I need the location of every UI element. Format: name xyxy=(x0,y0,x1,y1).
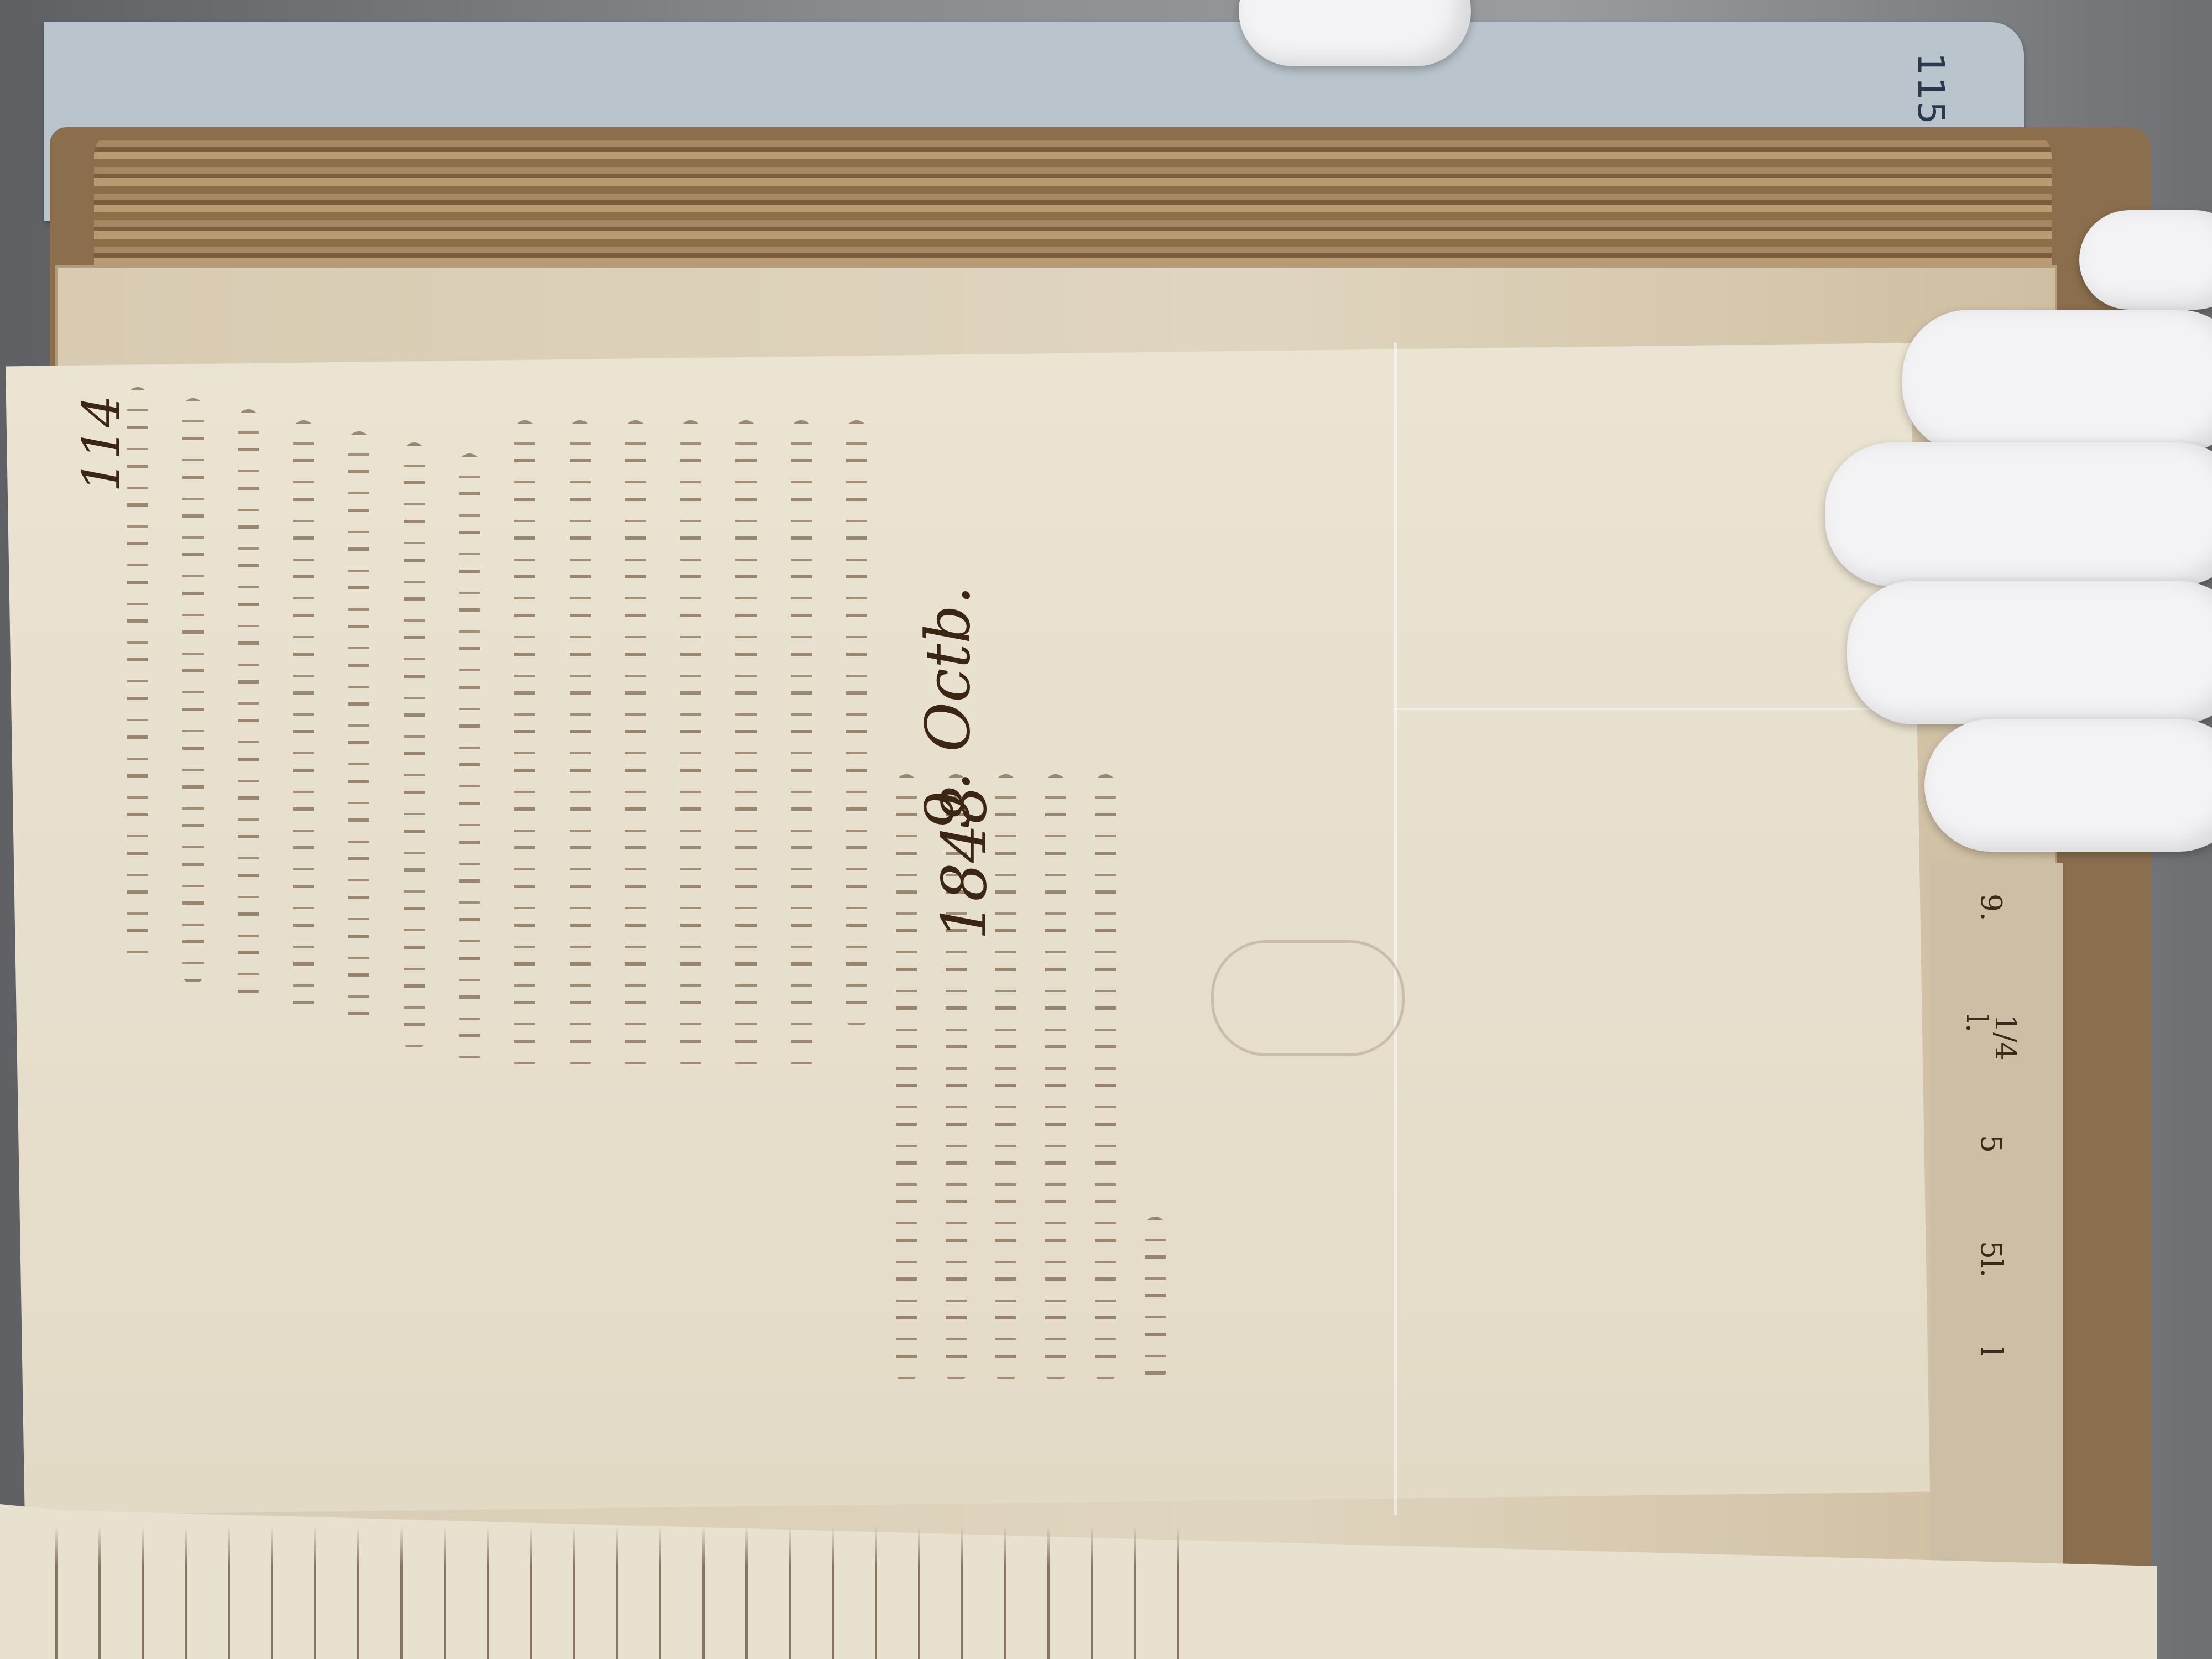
letter-year: 1848 xyxy=(929,785,1000,940)
handwriting-line xyxy=(514,420,535,1073)
glove-finger xyxy=(1825,442,2212,586)
handwriting-line xyxy=(1045,774,1066,1383)
fold-line-vertical xyxy=(1394,343,1397,1515)
margin-mark: 5l. xyxy=(1976,1241,2005,1307)
handwriting-line xyxy=(570,420,591,1073)
handwriting-line xyxy=(348,431,369,1034)
handwriting-line xyxy=(1095,774,1116,1383)
margin-marks: 9. 1/4 l. 5 5l. l xyxy=(1958,912,2024,1472)
handwriting-line xyxy=(1145,1217,1166,1383)
lower-page-handwriting xyxy=(33,1526,1194,1659)
page-number: 114 xyxy=(72,395,131,492)
handwriting-line xyxy=(182,398,204,984)
handwriting-line xyxy=(625,420,646,1073)
glove-finger xyxy=(2079,210,2212,310)
glove-finger xyxy=(1847,581,2212,724)
margin-mark: 9. xyxy=(1976,894,2005,960)
glove-finger xyxy=(1924,719,2212,852)
glove-top xyxy=(1239,0,1471,66)
faded-stamp xyxy=(1211,940,1405,1056)
fold-line-horizontal xyxy=(1394,708,1924,710)
handwriting-line xyxy=(896,774,917,1383)
handwriting-line xyxy=(680,420,701,1073)
photo-scene: 1158 9. 1/4 l. 5 5l. l 114 9. Octb. 1848 xyxy=(0,0,2212,1659)
margin-mark: 1/4 l. xyxy=(1962,1014,2020,1081)
glove-finger xyxy=(1902,310,2212,453)
handwriting-line xyxy=(404,442,425,1051)
margin-mark: l xyxy=(1976,1347,2005,1413)
handwriting-line xyxy=(791,420,812,1073)
margin-mark: 5 xyxy=(1976,1135,2005,1201)
handwriting-line xyxy=(459,453,480,1067)
handwriting-line xyxy=(846,420,867,1029)
handwriting-line xyxy=(238,409,259,1001)
handwriting-line xyxy=(735,420,757,1073)
handwriting-line xyxy=(293,420,314,1018)
